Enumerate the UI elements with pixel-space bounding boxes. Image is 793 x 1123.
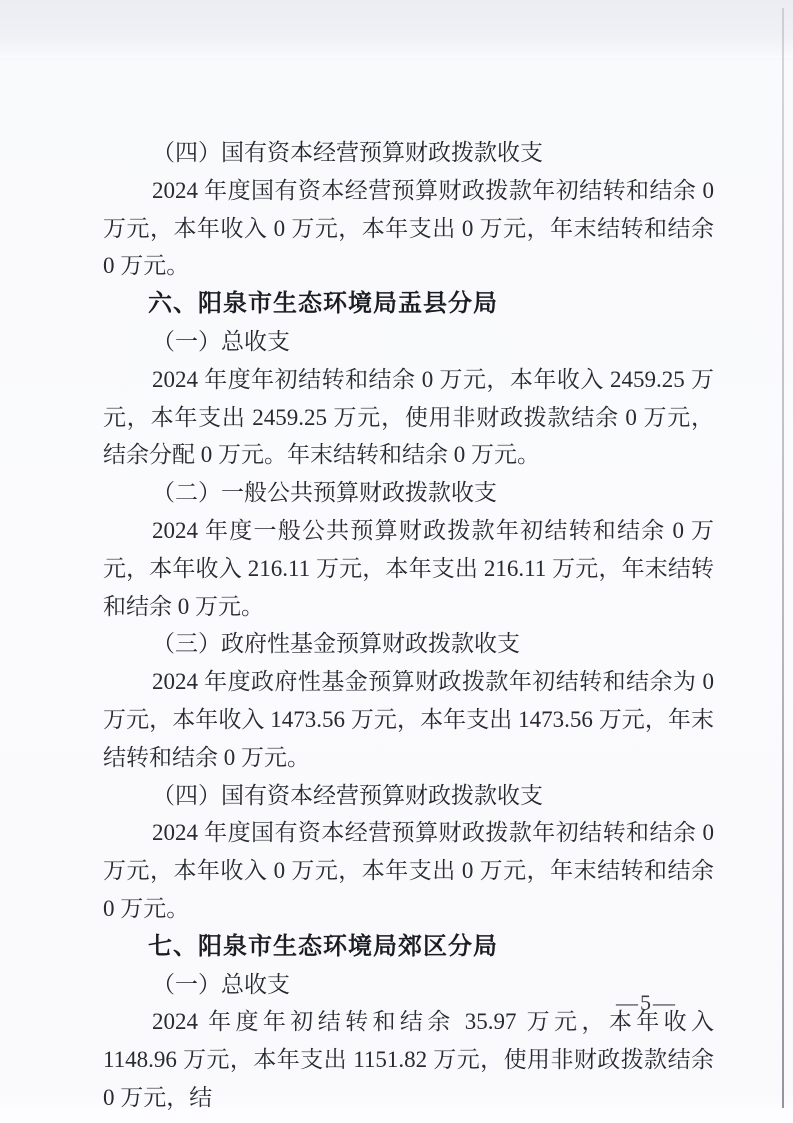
section-heading-six: 六、阳泉市生态环境局盂县分局 <box>103 285 714 323</box>
paragraph: 2024 年度年初结转和结余 35.97 万元，本年收入 1148.96 万元，… <box>103 1003 714 1116</box>
paragraph: 2024 年度一般公共预算财政拨款年初结转和结余 0 万元，本年收入 216.1… <box>103 512 714 625</box>
paragraph: 2024 年度政府性基金预算财政拨款年初结转和结余为 0 万元，本年收入 147… <box>103 663 714 776</box>
sub-heading: （二）一般公共预算财政拨款收支 <box>103 474 714 512</box>
sub-heading: （一）总收支 <box>103 323 714 361</box>
scanned-document-page: （四）国有资本经营预算财政拨款收支 2024 年度国有资本经营预算财政拨款年初结… <box>0 0 793 1123</box>
scan-artifact-paper-edge <box>782 8 784 1108</box>
paragraph: 2024 年度国有资本经营预算财政拨款年初结转和结余 0 万元，本年收入 0 万… <box>103 172 714 285</box>
scan-artifact-top-shade <box>0 0 793 57</box>
sub-heading: （四）国有资本经营预算财政拨款收支 <box>103 134 714 172</box>
paragraph: 2024 年度国有资本经营预算财政拨款年初结转和结余 0 万元，本年收入 0 万… <box>103 814 714 927</box>
document-body: （四）国有资本经营预算财政拨款收支 2024 年度国有资本经营预算财政拨款年初结… <box>103 134 714 1117</box>
sub-heading: （三）政府性基金预算财政拨款收支 <box>103 625 714 663</box>
sub-heading: （四）国有资本经营预算财政拨款收支 <box>103 777 714 815</box>
section-heading-seven: 七、阳泉市生态环境局郊区分局 <box>103 928 714 966</box>
paragraph: 2024 年度年初结转和结余 0 万元，本年收入 2459.25 万元，本年支出… <box>103 361 714 474</box>
page-number: —5— <box>616 990 677 1016</box>
